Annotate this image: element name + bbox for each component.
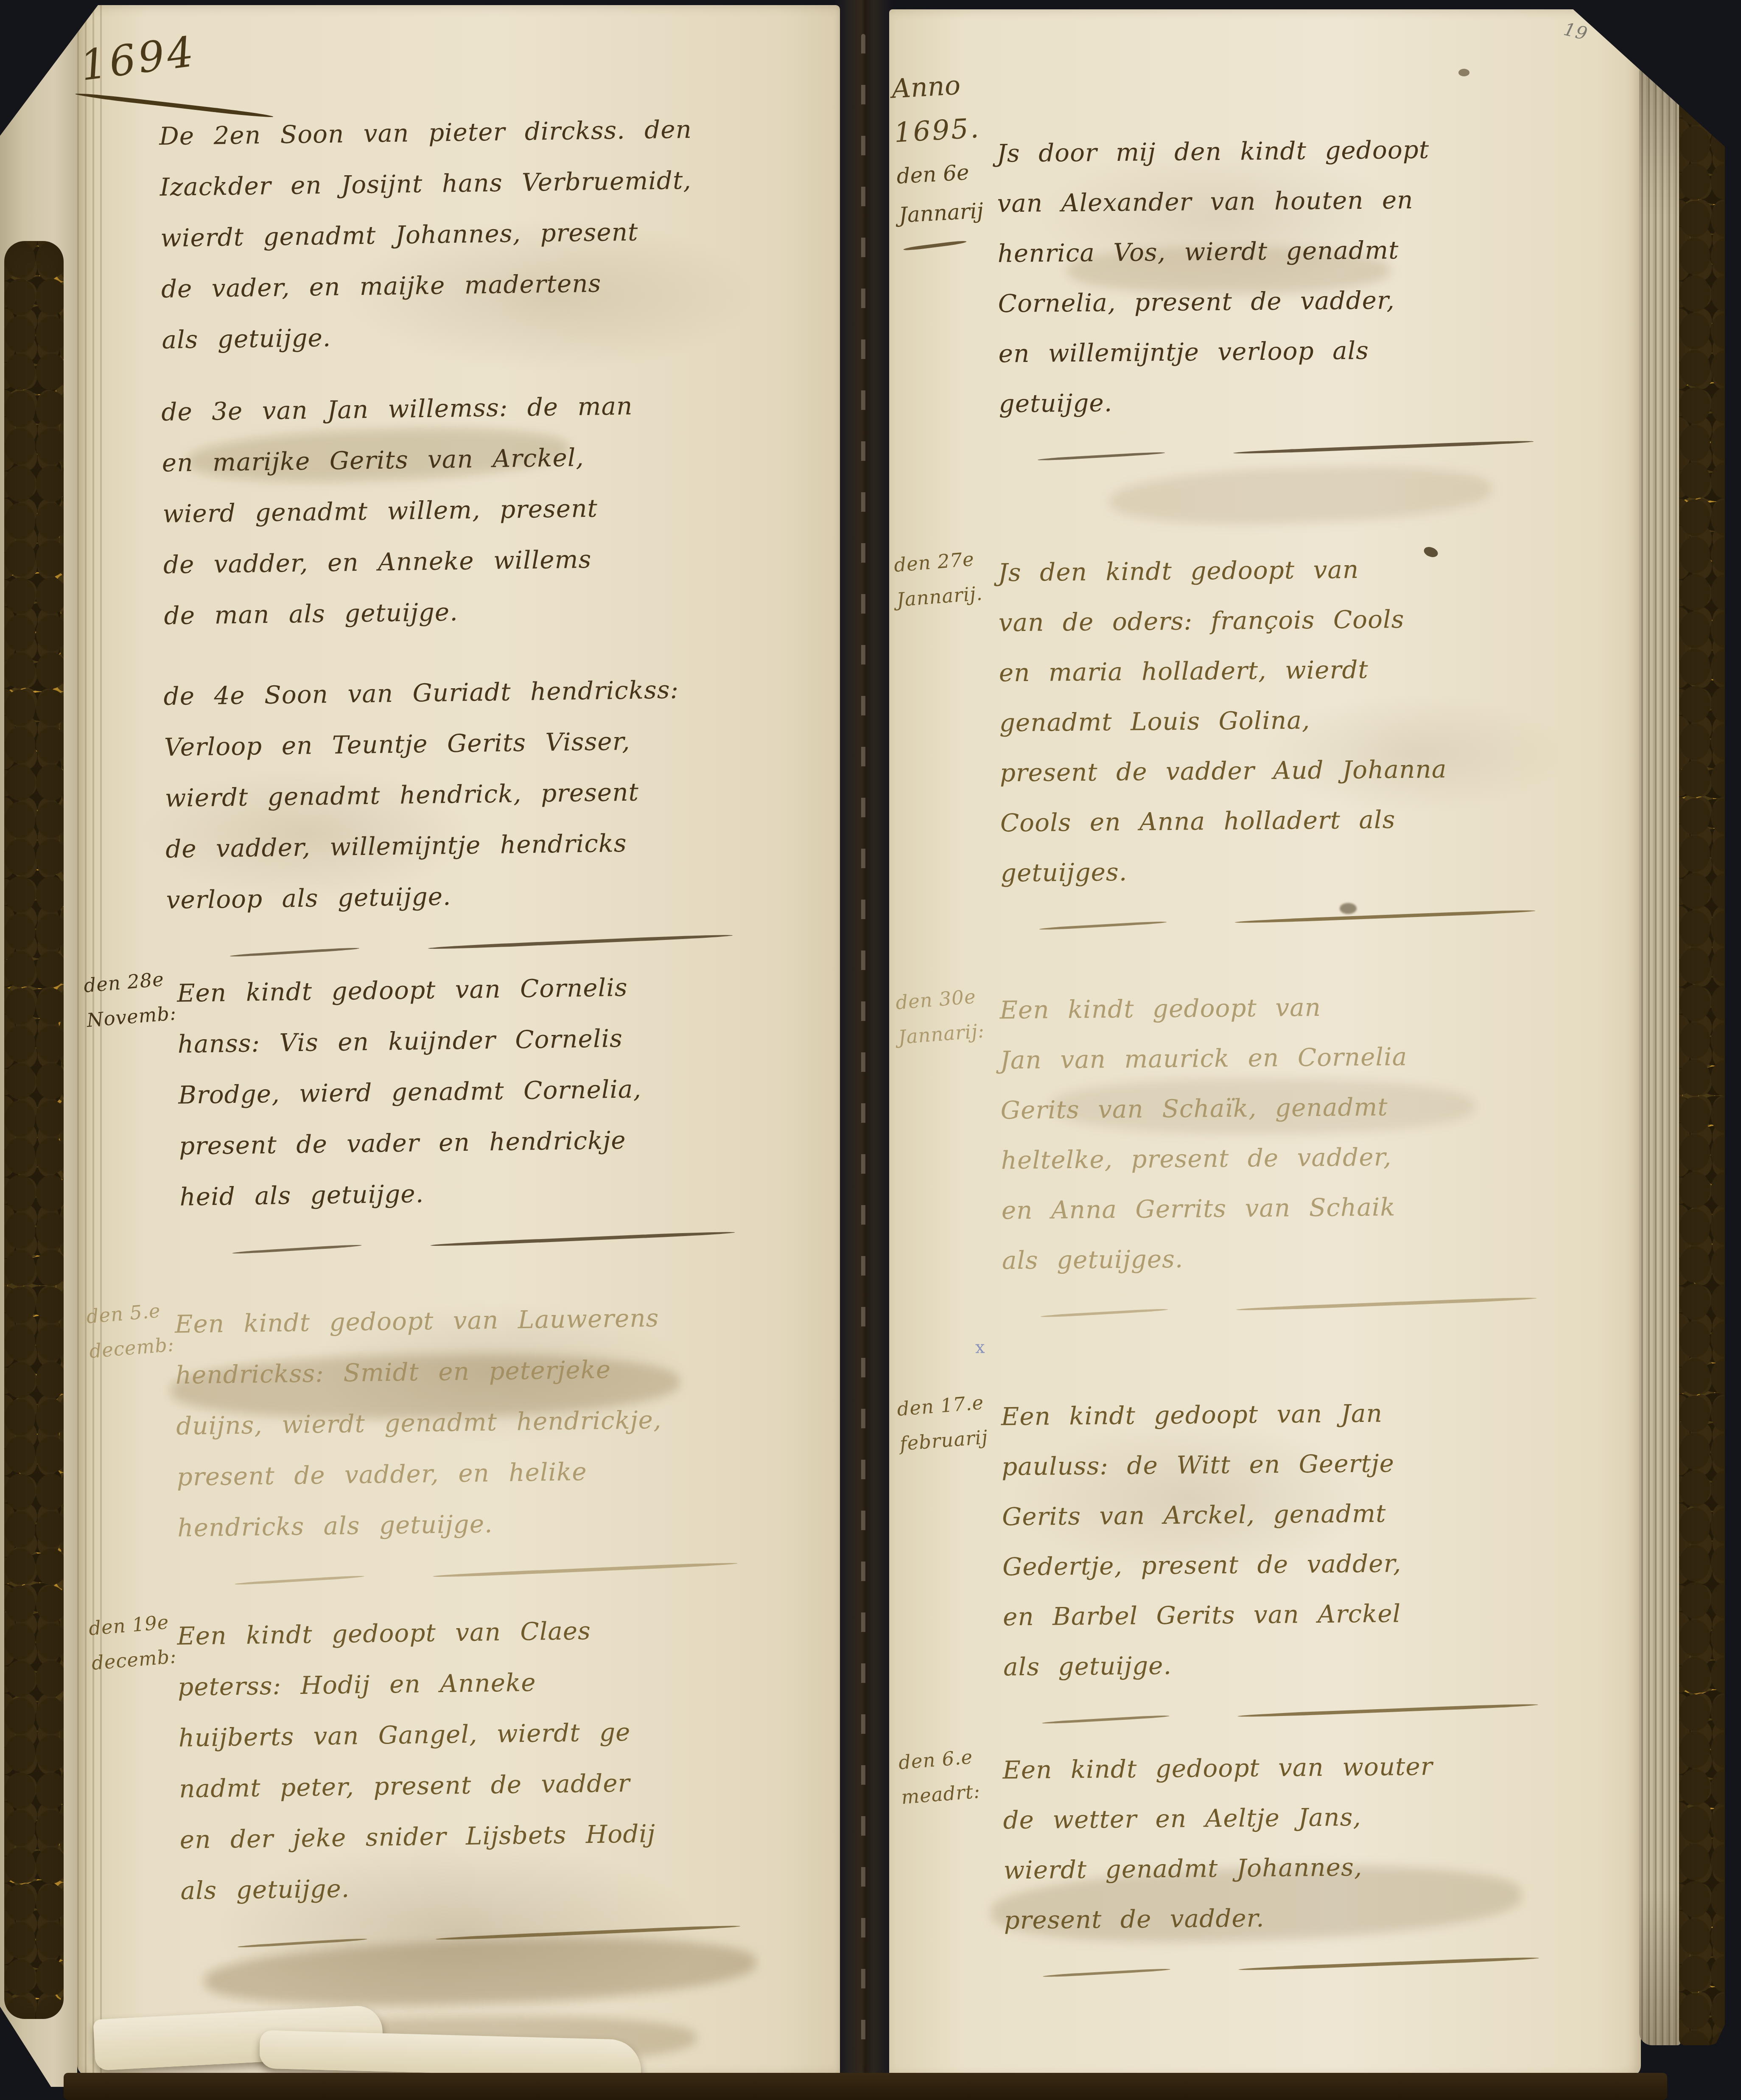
handwritten-line: en maria holladert, wierdt <box>999 642 1640 698</box>
entry-text: Een kindt gedoopt vanJan van maurick en … <box>995 979 1643 1285</box>
entry-margin-date <box>74 665 159 672</box>
handwritten-line: Izackder en Josijnt hans Verbruemidt, <box>160 153 834 213</box>
handwritten-line: Een kindt gedoopt van <box>999 979 1640 1035</box>
handwritten-line: Een kindt gedoopt van Jan <box>1001 1386 1642 1441</box>
handwritten-line: Cornelia, present de vadder, <box>998 273 1639 328</box>
annotation-mark: x <box>975 1337 985 1357</box>
year-heading: 1694 <box>78 28 199 90</box>
baptism-entry: De 2en Soon van pieter dirckss. denIzack… <box>70 102 836 366</box>
flourish-separator <box>79 1224 842 1260</box>
baptism-entry: de 4e Soon van Guriadt hendrickss:Verloo… <box>74 662 840 926</box>
handwritten-line: als getuijge. <box>162 306 836 365</box>
handwritten-line: de 4e Soon van Guriadt hendrickss: <box>163 662 837 722</box>
handwritten-line: de vadder, en Anneke willems <box>163 530 837 590</box>
flourish-separator <box>82 1555 845 1591</box>
margin-date-line: Jannarij: <box>897 1012 1000 1055</box>
handwritten-line: en der jeke snider Lijsbets Hodij <box>179 1806 848 1865</box>
handwritten-line: en marijke Gerits van Arckel, <box>162 429 836 488</box>
page-block-edge <box>1639 59 1681 2045</box>
handwritten-line: Jan van maurick en Cornelia <box>1000 1029 1641 1085</box>
flourish-separator <box>890 1290 1642 1323</box>
baptism-entry: den 5.edecemb:Een kindt gedoopt van Lauw… <box>79 1290 845 1554</box>
right-page: 19 Anno 1695. den 6e Jannarij x Js door … <box>889 9 1641 2077</box>
handwritten-line: Een kindt gedoopt van Claes <box>177 1602 845 1662</box>
book-cover-left-edge <box>0 3 77 2087</box>
handwritten-line: getuijges. <box>1000 842 1641 898</box>
handwritten-line: als getuijge. <box>1003 1636 1644 1692</box>
entry-text: de 4e Soon van Guriadt hendrickss:Verloo… <box>159 662 840 925</box>
handwritten-line: present de vadder, en helike <box>176 1443 845 1503</box>
entry-margin-date <box>72 381 156 388</box>
margin-date-line: Jannarij. <box>896 575 999 617</box>
handwritten-line: van Alexander van houten en <box>997 173 1638 228</box>
handwritten-line: hendricks als getuijge. <box>177 1494 845 1553</box>
baptism-entry: den 6.emeadrt:Een kindt gedoopt van wout… <box>891 1739 1645 1946</box>
baptism-entry: de 3e van Jan willemss: de manen marijke… <box>72 378 838 642</box>
flourish-separator <box>893 1950 1644 1982</box>
handwritten-line: peterss: Hodij en Anneke <box>177 1653 845 1713</box>
handwritten-line: wierdt genadmt Johannes, <box>1003 1839 1644 1895</box>
entry-margin-date: den 5.edecemb: <box>79 1293 176 1369</box>
handwritten-line: heltelke, present de vadder, <box>1001 1130 1642 1185</box>
handwritten-line: pauluss: de Witt en Geertje <box>1001 1436 1642 1492</box>
baptism-entry: den 30eJannarij:Een kindt gedoopt vanJan… <box>888 979 1643 1286</box>
handwritten-line: hendrickss: Smidt en peterjeke <box>175 1341 843 1401</box>
handwritten-line: de 3e van Jan willemss: de man <box>161 378 835 437</box>
margin-date-line: Novemb: <box>85 996 178 1038</box>
entry-text: De 2en Soon van pieter dirckss. denIzack… <box>154 102 836 365</box>
handwritten-line: duijns, wierdt genadmt hendrickje, <box>176 1392 844 1452</box>
handwritten-line: en willemijntje verloop als <box>998 323 1639 379</box>
handwritten-line: Js den kindt gedoopt van <box>998 542 1639 597</box>
margin-date-line: decemb: <box>90 1639 178 1681</box>
handwritten-line: wierdt genadmt hendrick, present <box>165 764 839 824</box>
page-number: 19 <box>1562 18 1590 44</box>
handwritten-line: Een kindt gedoopt van Cornelis <box>176 959 840 1018</box>
entry-text: Een kindt gedoopt van Janpauluss: de Wit… <box>996 1386 1644 1692</box>
entry-text: Een kindt gedoopt van Cornelishanss: Vis… <box>172 959 843 1222</box>
handwritten-line: de man als getuijge. <box>164 581 838 641</box>
handwritten-line: Een kindt gedoopt van Lauwerens <box>174 1290 843 1350</box>
handwritten-line: als getuijge. <box>180 1856 848 1916</box>
entry-margin-date <box>70 105 154 112</box>
baptism-entry: den 27eJannarij.Js den kindt gedoopt van… <box>887 542 1641 899</box>
marbled-paper-left <box>4 241 64 2019</box>
entry-text: Een kindt gedoopt van Lauwerenshendricks… <box>170 1290 845 1553</box>
entry-margin-date: den 19edecemb: <box>81 1604 178 1681</box>
entry-margin-date: den 27eJannarij. <box>887 540 999 618</box>
handwritten-line: en Barbel Gerits van Arckel <box>1003 1586 1644 1642</box>
baptism-entry: den 17.efebruarijEen kindt gedoopt van J… <box>890 1386 1644 1693</box>
margin-date-line: meadrt: <box>900 1772 1003 1815</box>
handwritten-line: Een kindt gedoopt van wouter <box>1002 1739 1643 1795</box>
handwritten-line: Cools en Anna holladert als <box>1000 792 1641 848</box>
handwritten-line: huijberts van Gangel, wierdt ge <box>178 1704 846 1764</box>
flourish-separator <box>84 1918 847 1954</box>
flourish-separator <box>889 903 1640 935</box>
flourish-separator <box>887 434 1639 466</box>
baptism-entry: den 28eNovemb:Een kindt gedoopt van Corn… <box>76 959 843 1223</box>
handwritten-line: de vadder, willemijntje hendricks <box>165 815 839 875</box>
entry-margin-date: den 28eNovemb: <box>76 961 178 1038</box>
handwritten-line: als getuijges. <box>1002 1230 1643 1285</box>
flourish-separator <box>892 1697 1643 1729</box>
handwritten-line: genadmt Louis Golina, <box>999 692 1640 748</box>
handwritten-line: Gerits van Arckel, genadmt <box>1002 1486 1643 1542</box>
book-cover-bottom-edge <box>64 2073 1667 2100</box>
handwritten-line: present de vadder Aud Johanna <box>999 742 1640 798</box>
entry-margin-date: den 30eJannarij: <box>888 978 1000 1055</box>
book-gutter <box>835 0 893 2100</box>
entry-text: Een kindt gedoopt van Claespeterss: Hodi… <box>173 1602 848 1916</box>
handwritten-line: wierd genadmt willem, present <box>162 479 837 539</box>
left-page: 1694 De 2en Soon van pieter dirckss. den… <box>77 5 840 2076</box>
handwritten-line: Brodge, wierd genadmt Cornelia, <box>178 1061 841 1120</box>
handwritten-line: de wetter en Aeltje Jans, <box>1003 1789 1644 1845</box>
left-page-entries: De 2en Soon van pieter dirckss. denIzack… <box>70 104 848 1954</box>
handwritten-line: nadmt peter, present de vadder <box>179 1755 847 1814</box>
anno-word: Anno <box>890 62 999 110</box>
handwritten-line: present de vadder. <box>1004 1890 1645 1945</box>
handwritten-line: Js door mij den kindt gedoopt <box>996 123 1637 178</box>
margin-date-line: decemb: <box>88 1327 176 1369</box>
right-page-entries: Js door mij den kindt gedooptvan Alexand… <box>886 125 1644 1982</box>
entry-text: Js den kindt gedoopt vanvan de oders: fr… <box>994 542 1641 898</box>
handwritten-line: present de vader en hendrickje <box>179 1112 842 1171</box>
handwritten-line: hanss: Vis en kuijnder Cornelis <box>177 1010 840 1069</box>
handwritten-line: henrica Vos, wierdt genadmt <box>997 223 1638 278</box>
handwritten-line: de vader, en maijke madertens <box>161 255 835 314</box>
flourish-separator <box>77 927 840 963</box>
handwritten-line: Gerits van Schaïk, genadmt <box>1000 1079 1641 1135</box>
handwritten-line: en Anna Gerrits van Schaik <box>1001 1180 1642 1235</box>
handwritten-line: heid als getuijge. <box>179 1163 843 1222</box>
marbled-paper-right <box>1679 51 1725 2045</box>
handwritten-line: verloop als getuijge. <box>166 866 840 925</box>
handwritten-line: De 2en Soon van pieter dirckss. den <box>159 102 833 162</box>
handwritten-line: Verloop en Teuntje Gerits Visser, <box>164 713 838 773</box>
torn-page-edge <box>259 2030 642 2078</box>
baptism-entry: Js door mij den kindt gedooptvan Alexand… <box>885 123 1640 429</box>
entry-text: Een kindt gedoopt van wouterde wetter en… <box>998 1739 1645 1945</box>
handwritten-line: Gedertje, present de vadder, <box>1002 1536 1643 1592</box>
baptism-entry: den 19edecemb:Een kindt gedoopt van Clae… <box>81 1602 848 1917</box>
handwritten-line: van de oders: françois Cools <box>998 592 1639 648</box>
entry-margin-date: den 17.efebruarij <box>890 1384 1002 1462</box>
handwritten-line: getuijge. <box>999 373 1640 429</box>
entry-text: de 3e van Jan willemss: de manen marijke… <box>157 378 838 641</box>
entry-margin-date: den 6.emeadrt: <box>891 1738 1003 1815</box>
handwritten-line: wierdt genadmt Johannes, present <box>160 204 834 264</box>
entry-text: Js door mij den kindt gedooptvan Alexand… <box>992 123 1640 429</box>
margin-date-line: februarij <box>898 1419 1002 1461</box>
